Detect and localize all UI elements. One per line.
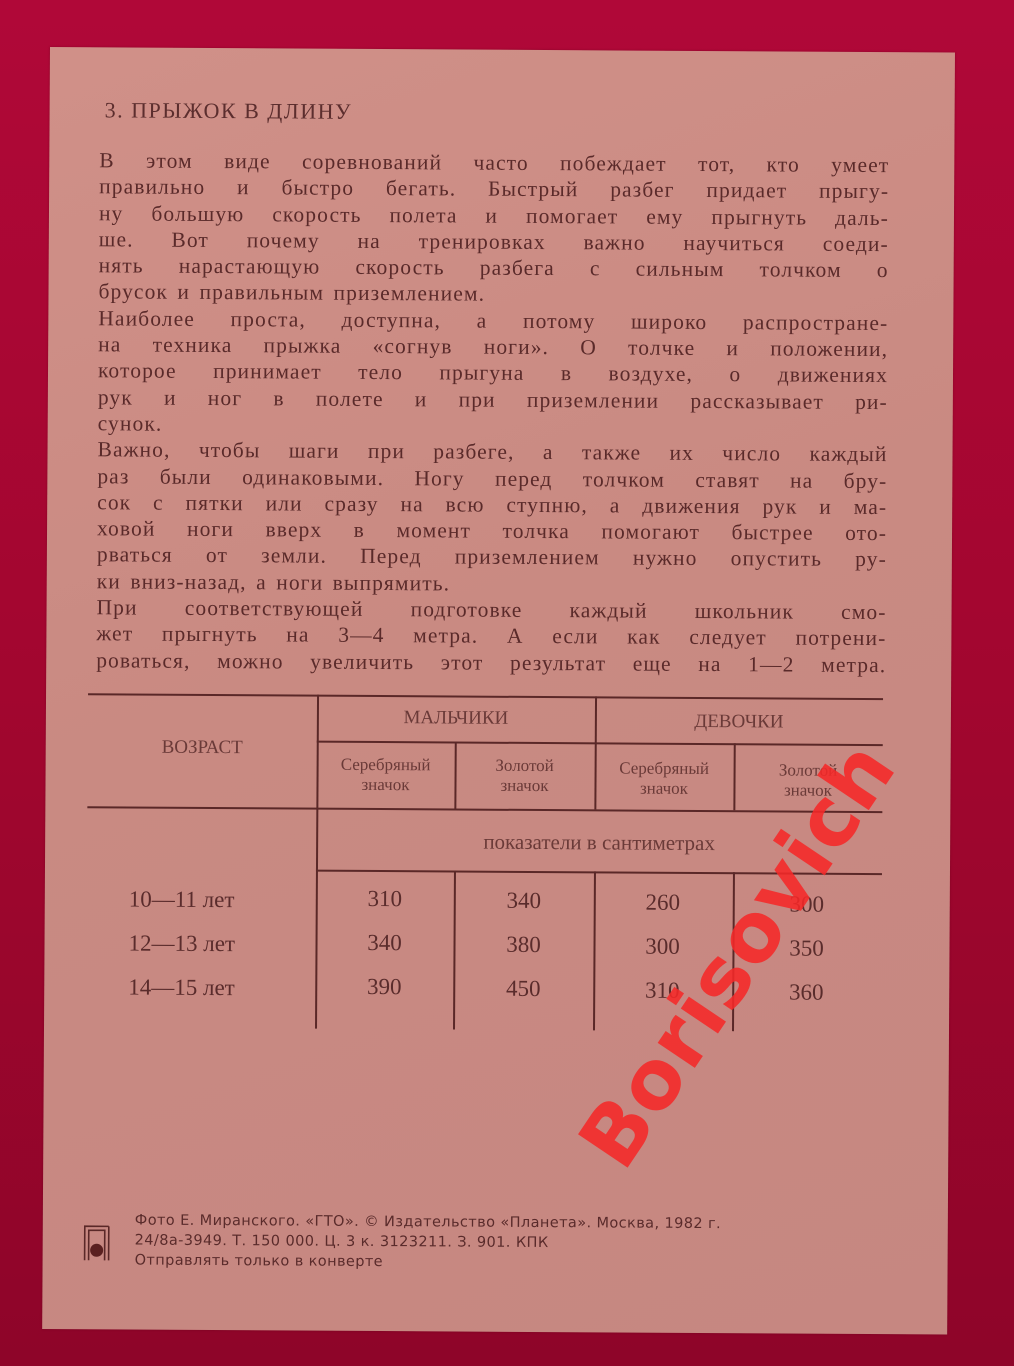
subheader-boys-silver: Серебряный значок [316,755,454,796]
group-header-boys: МАЛЬЧИКИ [317,707,595,731]
table-cell: 340 [344,930,424,956]
publisher-logo-icon [83,1222,115,1262]
imprint-line: Отправлять только в конверте [135,1251,721,1275]
table-cell: 340 [484,888,564,914]
subheader-line: значок [594,778,733,799]
subheader-girls-silver: Серебряный значок [594,758,733,799]
table-cell: 260 [623,890,703,916]
age-header: ВОЗРАСТ [88,736,317,759]
table-rule [593,871,595,1030]
paragraph-3: Важно, чтобы шаги при разбеге, а также и… [97,437,888,600]
subheader-boys-gold: Золотой значок [454,755,594,796]
table-rule [317,741,883,746]
text-line: рук и ног в полете и при приземлении рас… [98,384,888,415]
table-cell: 360 [766,979,846,1005]
table-cell: 380 [483,932,563,958]
table-rule [88,693,883,699]
table-cell: 390 [344,974,424,1000]
table-cell: 450 [483,976,563,1002]
paragraph-2: Наиболее проста, доступна, а потому широ… [98,305,889,441]
page-title: 3. ПРЫЖОК В ДЛИНУ [105,97,353,125]
body-text: В этом виде соревнований часто побеждает… [96,147,889,678]
table-cell: 310 [345,886,425,912]
subheader-line: Серебряный [317,755,455,776]
table-rule [453,870,455,1029]
row-age: 12—13 лет [128,930,235,957]
imprint: Фото Е. Миранского. «ГТО». © Издательств… [135,1211,722,1275]
subheader-line: Золотой [455,755,595,776]
paragraph-1: В этом виде соревнований часто побеждает… [98,147,889,310]
subheader-line: Серебряный [595,758,734,779]
paragraph-4: При соответствующей подготовке каждый шк… [96,594,886,678]
row-age: 10—11 лет [129,886,235,913]
table-rule [87,806,882,812]
text-line: роваться, можно увеличить этот результат… [96,647,886,678]
subheader-line: значок [316,775,454,796]
row-age: 14—15 лет [128,974,235,1001]
postcard: 3. ПРЫЖОК В ДЛИНУ В этом виде соревнован… [42,47,955,1335]
subheader-line: значок [454,775,594,796]
